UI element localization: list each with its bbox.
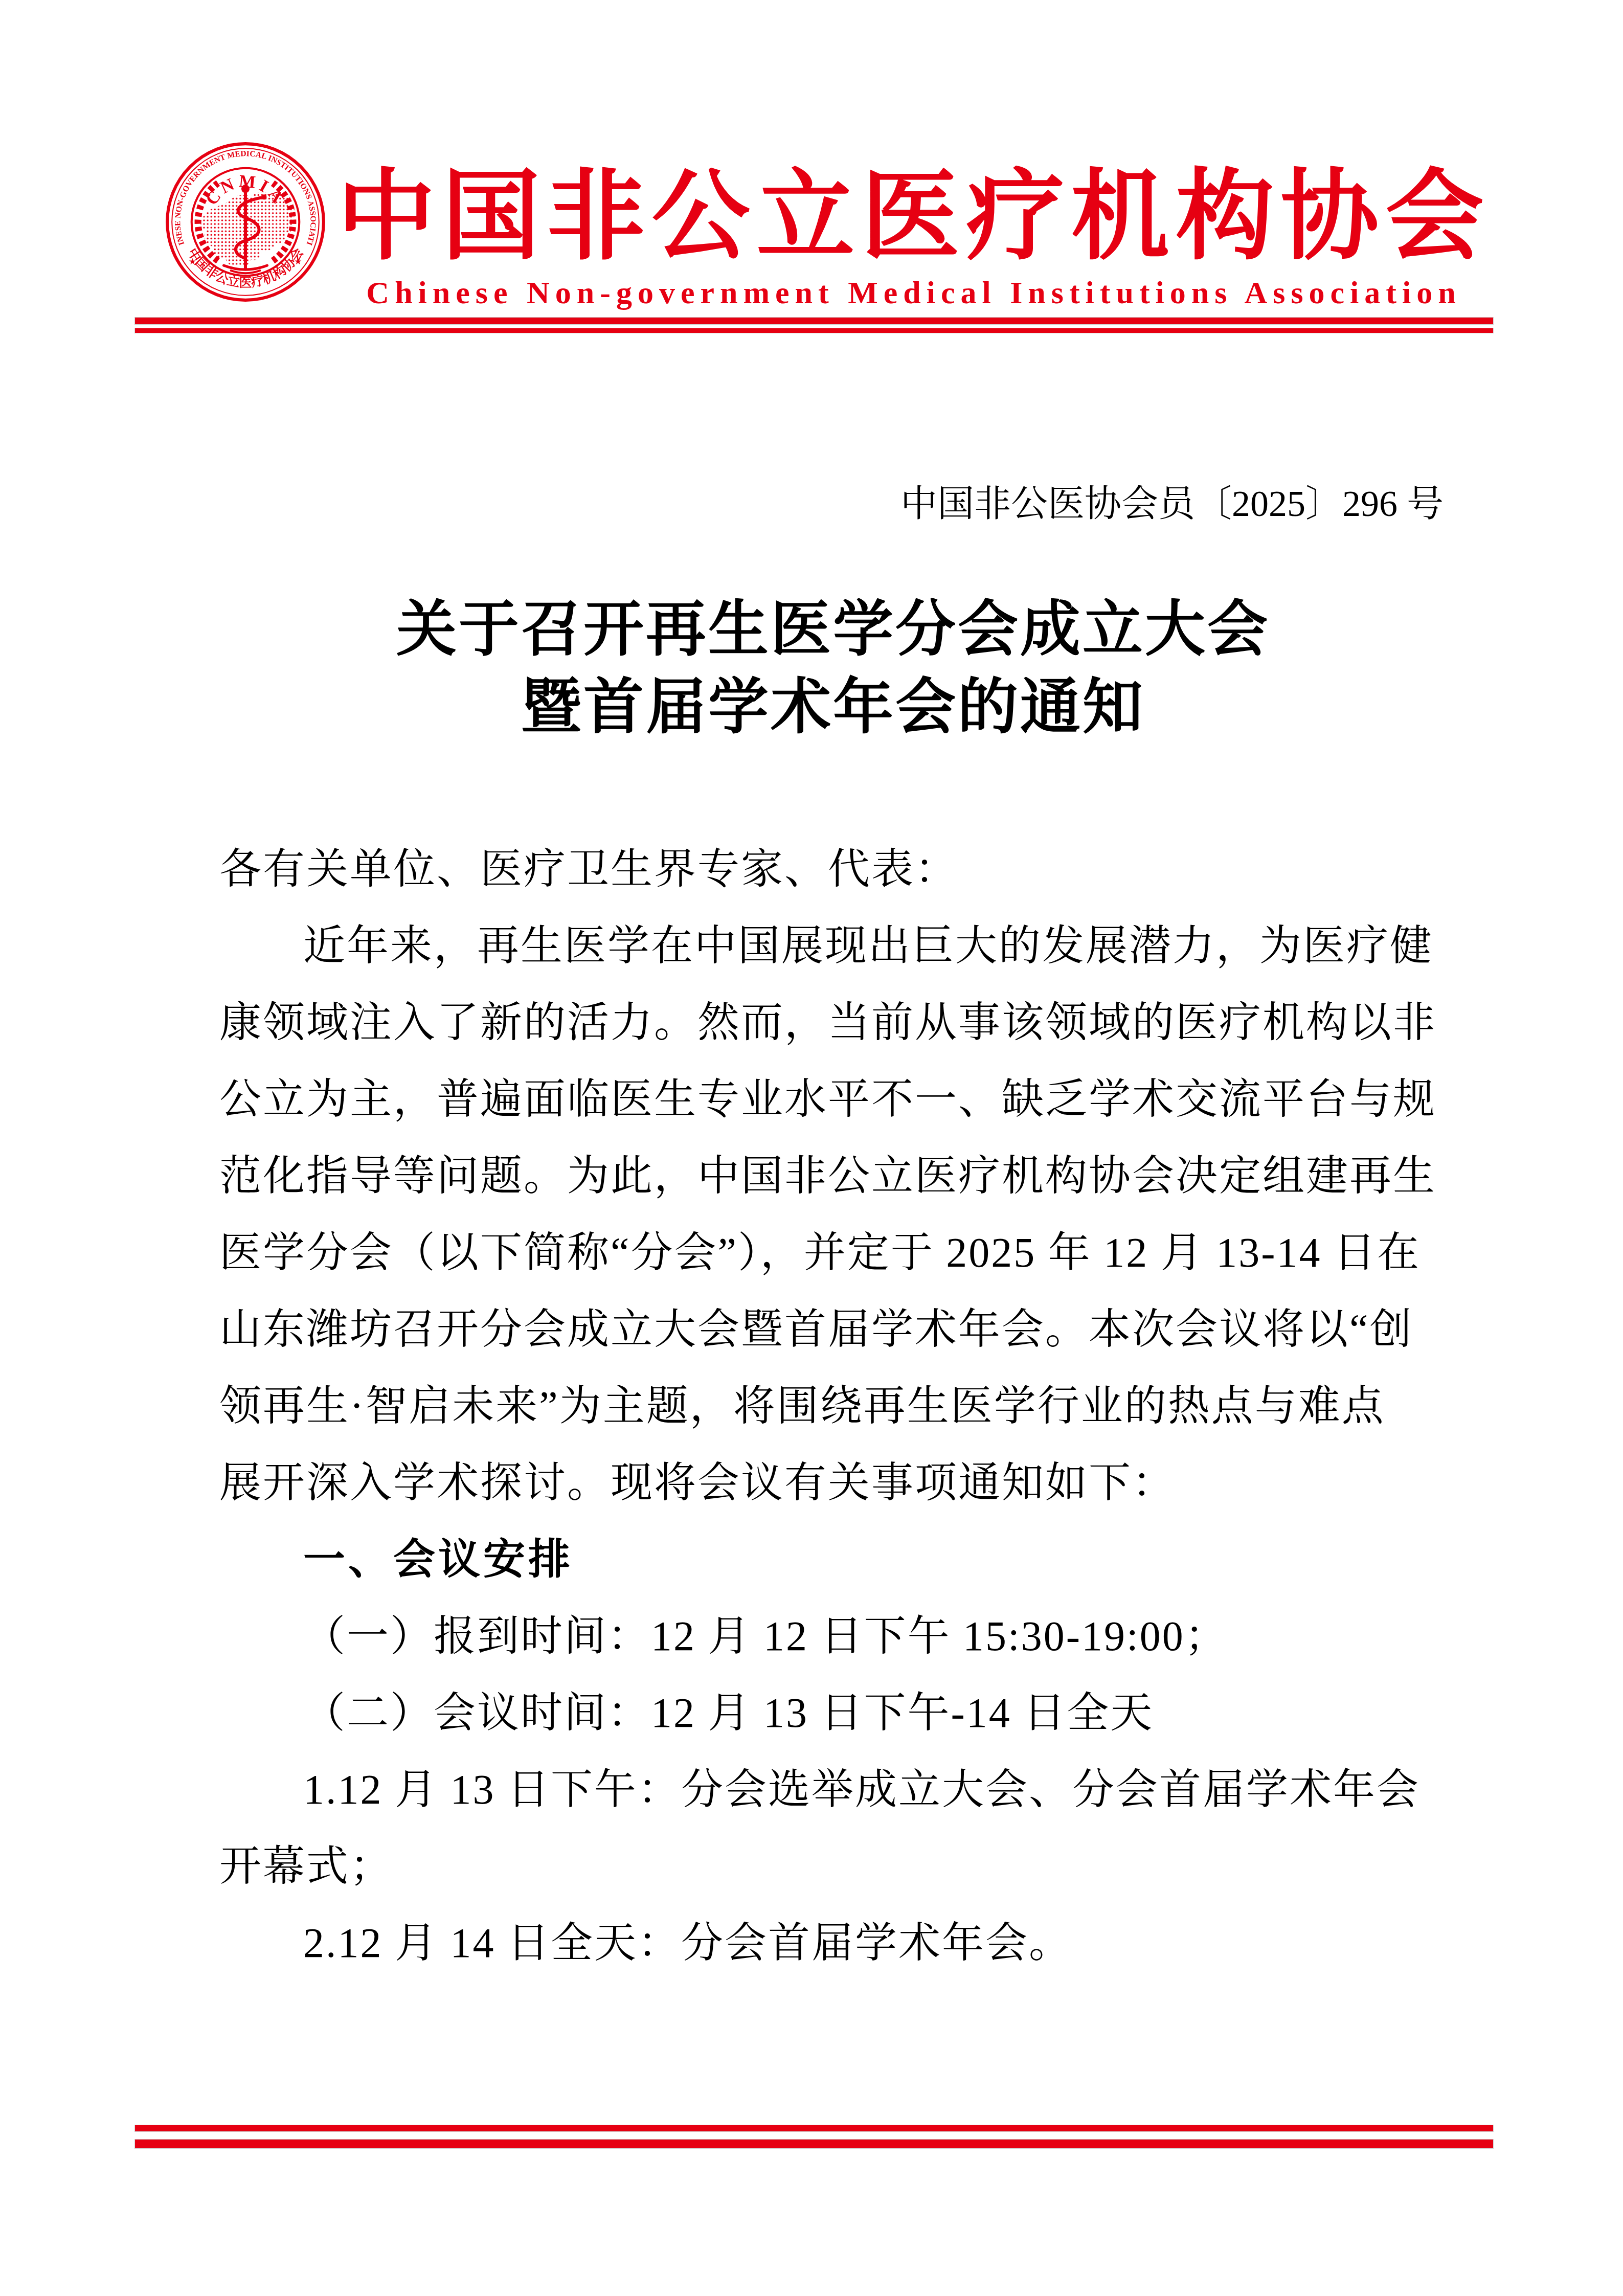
- body-line-registration-time: （一）报到时间：12 月 12 日下午 15:30-19:00；: [219, 1598, 1449, 1675]
- header-rule-thin: [135, 328, 1493, 333]
- notice-body: 各有关单位、医疗卫生界专家、代表： 近年来，再生医学在中国展现出巨大的发展潜力，…: [219, 831, 1449, 1982]
- star-icon: ★: [294, 257, 302, 266]
- star-icon: ★: [189, 257, 196, 266]
- association-title-cn: 中国非公立医疗机构协会: [333, 161, 1494, 274]
- association-seal-logo: CHINESE NON-GOVERNMENT MEDICAL INSTITUTI…: [163, 139, 328, 305]
- body-line: 近年来，再生医学在中国展现出巨大的发展潜力，为医疗健: [219, 908, 1449, 984]
- body-line: 山东潍坊召开分会成立大会暨首届学术年会。本次会议将以“创: [219, 1291, 1449, 1368]
- association-title-en: Chinese Non-government Medical Instituti…: [333, 278, 1494, 308]
- header-rule-thick: [135, 318, 1493, 324]
- body-line-meeting-time: （二）会议时间：12 月 13 日下午-14 日全天: [219, 1675, 1449, 1751]
- notice-title-line1: 关于召开再生医学分会成立大会: [219, 591, 1447, 669]
- body-line: 领再生·智启未来”为主题，将围绕再生医学行业的热点与难点: [219, 1368, 1449, 1445]
- association-header: 中国非公立医疗机构协会 Chinese Non-government Medic…: [333, 161, 1494, 308]
- body-line: 康领域注入了新的活力。然而，当前从事该领域的医疗机构以非: [219, 984, 1449, 1061]
- footer-rule-thin: [135, 2125, 1493, 2131]
- body-line: 开幕式；: [219, 1828, 1449, 1905]
- body-line-agenda-day2: 2.12 月 14 日全天：分会首届学术年会。: [219, 1905, 1449, 1982]
- document-number: 中国非公医协会员〔2025〕296 号: [219, 482, 1444, 526]
- body-line: 医学分会（以下简称“分会”），并定于 2025 年 12 月 13-14 日在: [219, 1214, 1449, 1291]
- body-line: 公立为主，普遍面临医生专业水平不一、缺乏学术交流平台与规: [219, 1061, 1449, 1138]
- section-heading-meeting-arrangement: 一、会议安排: [219, 1521, 1449, 1598]
- notice-title: 关于召开再生医学分会成立大会 暨首届学术年会的通知: [219, 591, 1447, 747]
- body-line-agenda-day1: 1.12 月 13 日下午：分会选举成立大会、分会首届学术年会: [219, 1751, 1449, 1828]
- body-line: 范化指导等问题。为此，中国非公立医疗机构协会决定组建再生: [219, 1138, 1449, 1214]
- footer-rule-thick: [135, 2140, 1493, 2148]
- body-line: 展开深入学术探讨。现将会议有关事项通知如下：: [219, 1445, 1449, 1521]
- document-page: CHINESE NON-GOVERNMENT MEDICAL INSTITUTI…: [0, 0, 1623, 2296]
- body-line-salutation: 各有关单位、医疗卫生界专家、代表：: [219, 831, 1449, 908]
- notice-title-line2: 暨首届学术年会的通知: [219, 669, 1447, 747]
